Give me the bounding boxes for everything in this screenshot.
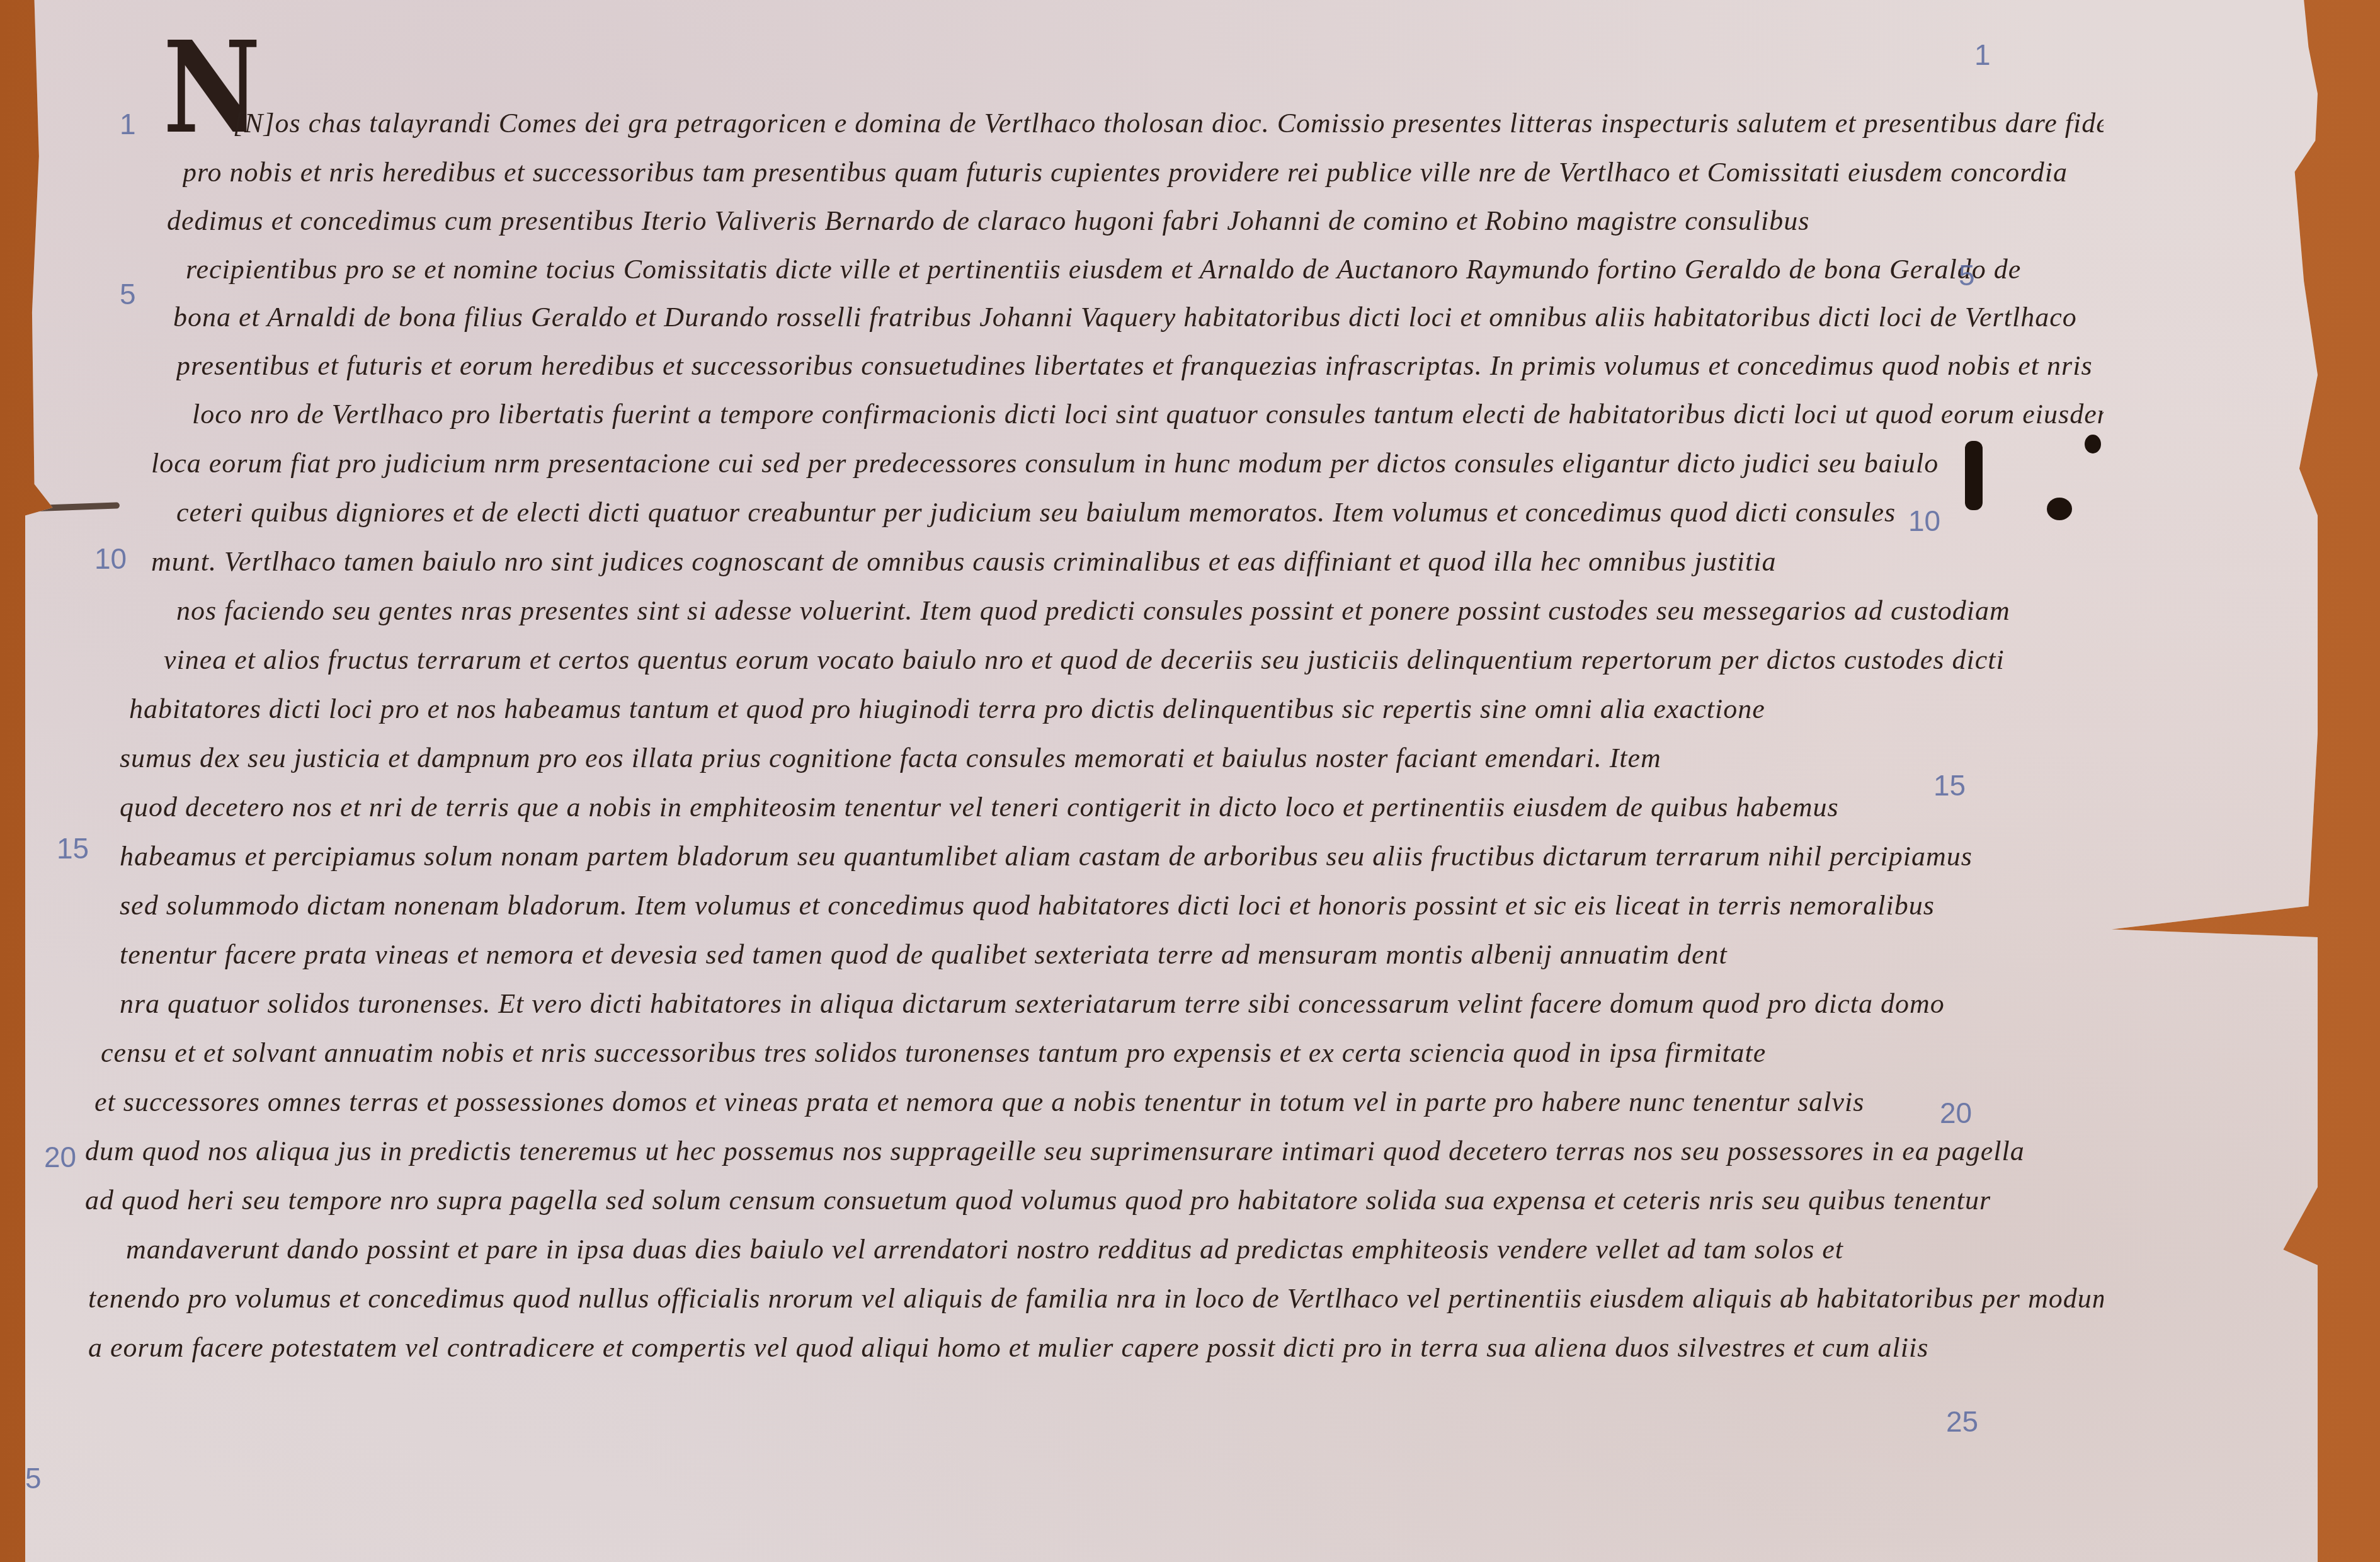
charter-line: [N]os chas talayrandi Comes dei gra petr…: [233, 107, 2104, 139]
parchment-hole: [1965, 441, 1983, 510]
margin-line-number: 5: [1959, 258, 1975, 292]
parchment-hole: [2085, 435, 2101, 453]
charter-line: dedimus et concedimus cum presentibus It…: [167, 205, 1809, 237]
charter-line: dum quod nos aliqua jus in predictis ten…: [85, 1135, 2025, 1167]
charter-line: nra quatuor solidos turonenses. Et vero …: [120, 988, 1945, 1020]
charter-line: nos faciendo seu gentes nras presentes s…: [176, 595, 2010, 627]
margin-line-number: 1: [120, 107, 136, 141]
charter-line: et successores omnes terras et possessio…: [94, 1086, 1864, 1118]
charter-line: recipientibus pro se et nomine tocius Co…: [186, 253, 2021, 285]
margin-line-number: 25: [1946, 1405, 1978, 1439]
charter-line: loca eorum fiat pro judicium nrm present…: [151, 447, 1939, 479]
margin-line-number: 15: [57, 831, 89, 865]
charter-line: presentibus et futuris et eorum heredibu…: [176, 350, 2093, 382]
margin-line-number: 20: [1940, 1096, 1972, 1130]
charter-line: habeamus et percipiamus solum nonam part…: [120, 840, 1973, 872]
margin-line-number: 10: [1908, 504, 1940, 538]
parchment-hole: [2047, 498, 2072, 520]
charter-line: bona et Arnaldi de bona filius Geraldo e…: [173, 301, 2077, 333]
charter-line: ad quod heri seu tempore nro supra pagel…: [85, 1184, 1991, 1216]
charter-line: sed solummodo dictam nonenam bladorum. I…: [120, 889, 1935, 921]
charter-line: munt. Vertlhaco tamen baiulo nro sint ju…: [151, 545, 1776, 578]
charter-line: mandaverunt dando possint et pare in ips…: [126, 1233, 1843, 1265]
margin-line-number: 1: [1974, 38, 1991, 72]
charter-line: quod decetero nos et nri de terris que a…: [120, 791, 1839, 823]
parchment-charter: N [N]os chas talayrandi Comes dei gra pe…: [25, 0, 2318, 1562]
charter-line: sumus dex seu justicia et dampnum pro eo…: [120, 742, 1661, 774]
charter-line: censu et et solvant annuatim nobis et nr…: [101, 1037, 1766, 1069]
margin-line-number: 20: [44, 1140, 76, 1174]
charter-line: tenentur facere prata vineas et nemora e…: [120, 938, 1728, 971]
margin-line-number: 5: [25, 1461, 42, 1495]
charter-line: pro nobis et nris heredibus et successor…: [183, 156, 2068, 188]
margin-line-number: 10: [94, 542, 127, 576]
margin-line-number: 15: [1933, 768, 1966, 802]
charter-line: vinea et alios fructus terrarum et certo…: [164, 644, 2005, 676]
charter-line: habitatores dicti loci pro et nos habeam…: [129, 693, 1765, 725]
charter-line: a eorum facere potestatem vel contradice…: [88, 1331, 1928, 1364]
charter-line: tenendo pro volumus et concedimus quod n…: [88, 1282, 2104, 1314]
charter-line: ceteri quibus digniores et de electi dic…: [176, 496, 1896, 528]
margin-line-number: 5: [120, 277, 136, 311]
charter-line: loco nro de Vertlhaco pro libertatis fue…: [192, 398, 2104, 430]
